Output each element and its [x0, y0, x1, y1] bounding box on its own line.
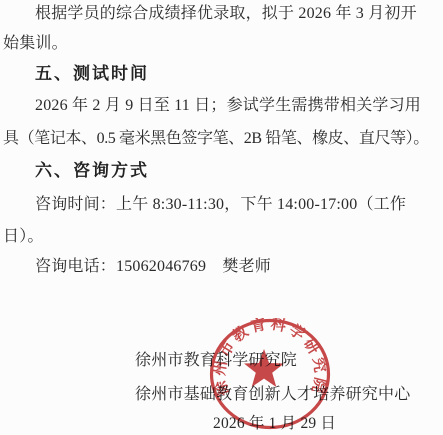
document-page: 根据学员的综合成绩择优录取，拟于 2026 年 3 月初开 始集训。 五、测试时…	[0, 0, 443, 435]
paragraph-line-testinfo-1: 2026 年 2 月 9 日至 11 日；参试学生需携带相关学习用	[35, 96, 421, 115]
section-heading-test-time: 五、测试时间	[35, 64, 149, 83]
paragraph-line-phone: 咨询电话：15062046769 樊老师	[35, 257, 271, 276]
paragraph-line-hours-1: 咨询时间：上午 8:30-11:30，下午 14:00-17:00（工作	[35, 195, 406, 214]
section-heading-consultation: 六、咨询方式	[35, 161, 149, 180]
paragraph-line-admission-2: 始集训。	[3, 34, 68, 53]
paragraph-line-admission-1: 根据学员的综合成绩择优录取，拟于 2026 年 3 月初开	[35, 4, 417, 23]
paragraph-line-testinfo-2: 具（笔记本、0.5 毫米黑色签字笔、2B 铅笔、橡皮、直尺等）。	[3, 129, 429, 148]
paragraph-line-hours-2: 日）。	[3, 227, 44, 246]
seal-arc-text: 徐州市教育科学研究院	[211, 318, 330, 398]
seal-arc-text-holder: 徐州市教育科学研究院	[211, 318, 330, 398]
seal-star-icon	[244, 349, 284, 387]
official-seal: 徐州市教育科学研究院	[209, 318, 331, 430]
